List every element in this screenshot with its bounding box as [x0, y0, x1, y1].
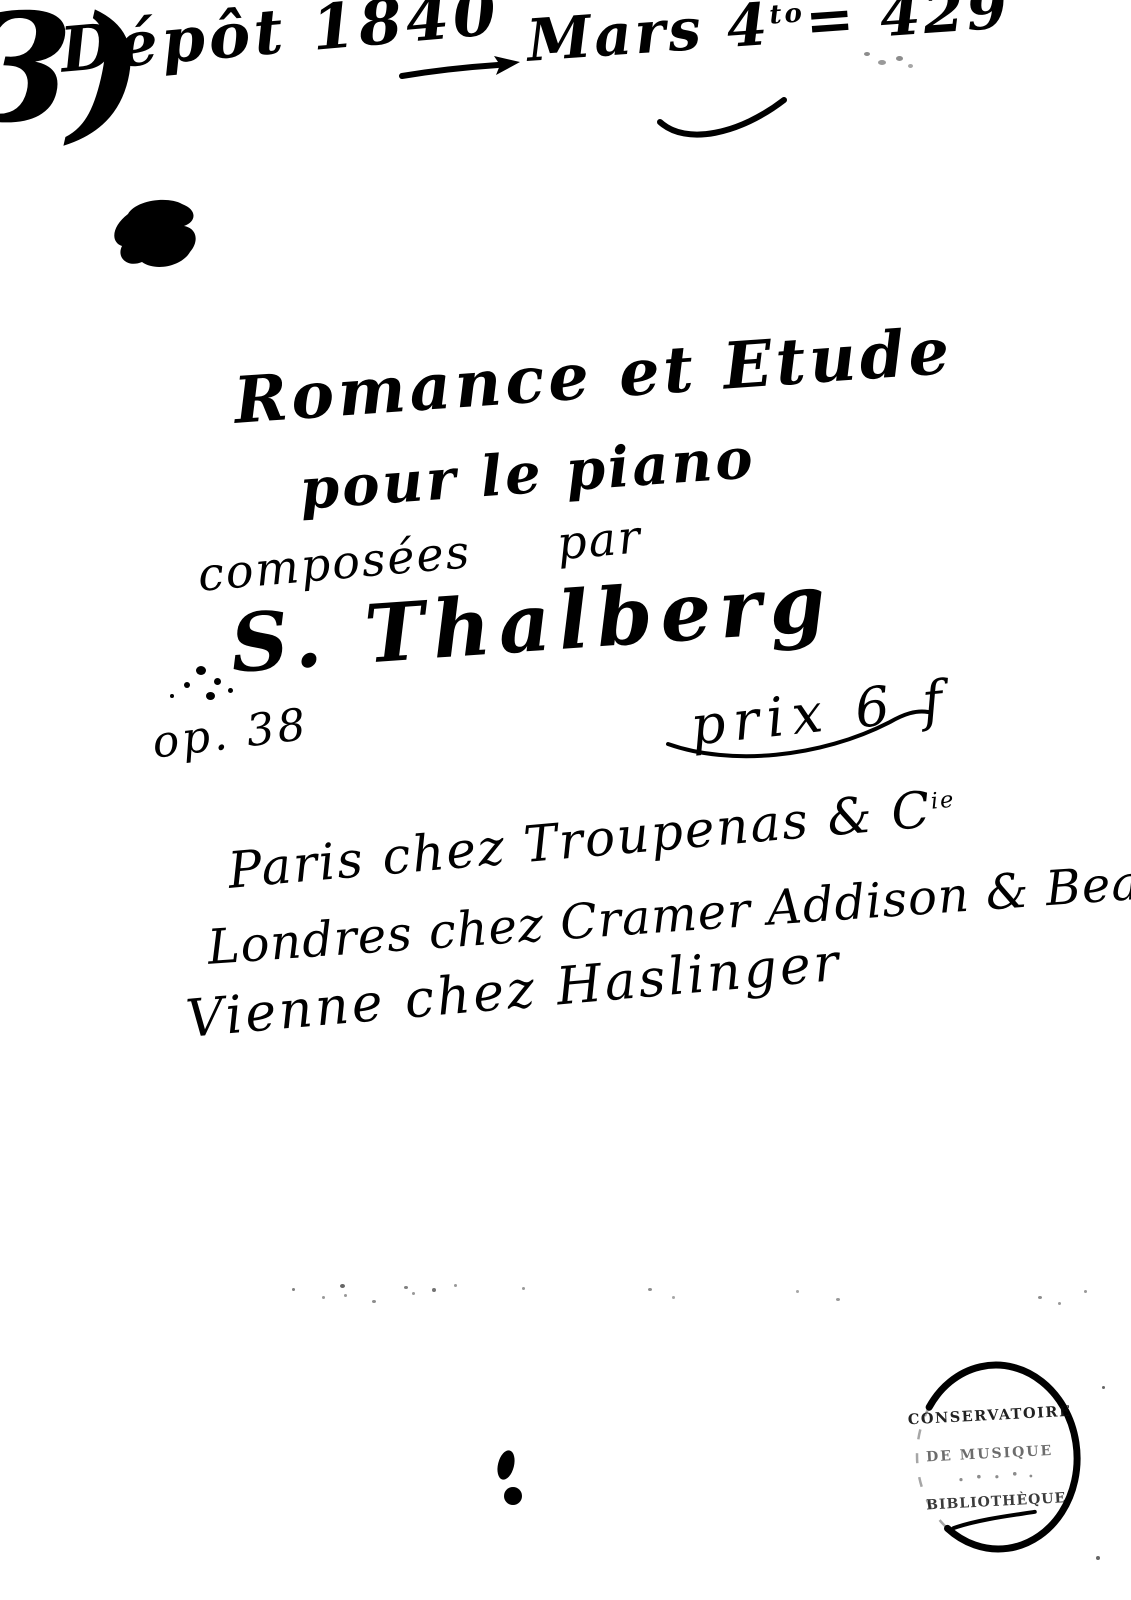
deposit-year-label: Dépôt 1840: [58, 0, 502, 82]
title-line-1: Romance et Etude: [232, 320, 955, 434]
title-line-2: pour le piano: [298, 430, 757, 518]
library-stamp: CONSERVATOIRE DE MUSIQUE BIBLIOTHÈQUE: [897, 1353, 1087, 1566]
manuscript-page: 3) Dépôt 1840 Mars 4to= 429 Romance et E…: [0, 0, 1131, 1600]
price: prix 6 f: [688, 673, 953, 754]
opus-number: op. 38: [150, 703, 311, 766]
underline-flourish: [648, 90, 798, 150]
deposit-register-number: Mars 4to= 429: [525, 0, 1012, 70]
stray-dot: [1102, 1386, 1105, 1389]
stamp-underline: [953, 1512, 1036, 1528]
stamp-line-2: DE MUSIQUE: [926, 1443, 1054, 1466]
ink-blot: [106, 192, 206, 282]
stamp-line-3: BIBLIOTHÈQUE: [926, 1488, 1067, 1513]
ink-mark: [486, 1448, 532, 1510]
stamp-faint-dots: [959, 1471, 1032, 1481]
stray-dot: [1096, 1556, 1100, 1560]
